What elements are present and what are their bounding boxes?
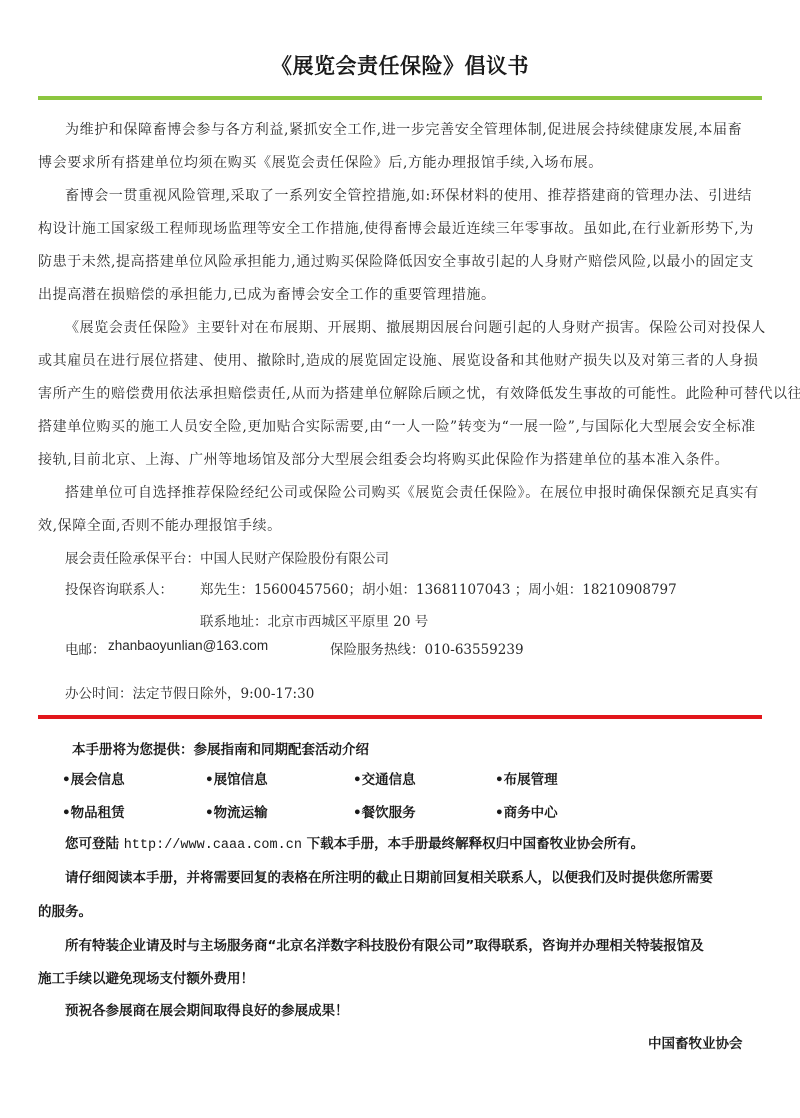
paragraph-2-line-3: 防患于未然,提高搭建单位风险承担能力,通过购买保险降低因安全事故引起的人身财产赔… <box>38 251 754 271</box>
handbook-item-logistics: •物流运输 <box>205 801 268 821</box>
email-label: 电邮： <box>65 638 106 658</box>
office-hours: 办公时间：法定节假日除外，9:00-17:30 <box>65 682 314 702</box>
paragraph-3-line-3: 害所产生的赔偿费用依法承担赔偿责任,从而为搭建单位解除后顾之忧，有效降低发生事故… <box>38 383 800 403</box>
consult-label: 投保咨询联系人： <box>65 578 173 598</box>
handbook-item-catering: •餐饮服务 <box>353 801 416 821</box>
paragraph-3-line-5: 接轨,目前北京、上海、广州等地场馆及部分大型展会组委会均将购买此保险作为搭建单位… <box>38 449 729 469</box>
contact-address: 联系地址：北京市西城区平原里 20 号 <box>200 610 428 630</box>
special-notice-line-2: 施工手续以避免现场支付额外费用！ <box>38 967 254 987</box>
read-notice-line-1: 请仔细阅读本手册，并将需要回复的表格在所注明的截止日期前回复相关联系人，以便我们… <box>65 866 713 886</box>
paragraph-4-line-1: 搭建单位可自选择推荐保险经纪公司或保险公司购买《展览会责任保险》。在展位申报时确… <box>65 482 759 502</box>
download-url-link[interactable]: http://www.caaa.com.cn <box>124 838 302 853</box>
paragraph-2-line-1: 畜博会一贯重视风险管理,采取了一系列安全管控措施,如:环保材料的使用、推荐搭建商… <box>65 185 752 205</box>
paragraph-1-line-1: 为维护和保障畜博会参与各方利益,紧抓安全工作,进一步完善安全管理体制,促进展会持… <box>65 119 742 139</box>
paragraph-3-line-4: 搭建单位购买的施工人员安全险,更加贴合实际需要,由“一人一险”转变为“一展一险”… <box>38 416 756 436</box>
document-title: 《展览会责任保险》倡议书 <box>0 50 800 80</box>
read-notice-line-2: 的服务。 <box>38 900 92 920</box>
download-suffix: 下载本手册，本手册最终解释权归中国畜牧业协会所有。 <box>302 836 644 852</box>
handbook-item-exhibition-info: •展会信息 <box>62 768 125 788</box>
paragraph-2-line-2: 构设计施工国家级工程师现场监理等安全工作措施,使得畜博会最近连续三年零事故。虽如… <box>38 218 754 238</box>
paragraph-4-line-2: 效,保障全面,否则不能办理报馆手续。 <box>38 515 282 535</box>
paragraph-3-line-1: 《展览会责任保险》主要针对在布展期、开展期、撤展期因展台问题引起的人身财产损害。… <box>65 317 766 337</box>
red-divider <box>38 715 762 719</box>
special-notice-line-1: 所有特装企业请及时与主场服务商“北京名洋数字科技股份有限公司”取得联系，咨询并办… <box>65 934 704 954</box>
handbook-item-rental: •物品租赁 <box>62 801 125 821</box>
handbook-item-traffic-info: •交通信息 <box>353 768 416 788</box>
download-line: 您可登陆 http://www.caaa.com.cn 下载本手册，本手册最终解… <box>65 832 644 853</box>
email-link[interactable]: zhanbaoyunlian@163.com <box>108 638 268 653</box>
consult-contacts: 郑先生：15600457560；胡小姐：13681107043 ；周小姐：182… <box>200 578 677 598</box>
paragraph-2-line-4: 出提高潜在损赔偿的承担能力,已成为畜博会安全工作的重要管理措施。 <box>38 284 496 304</box>
green-divider <box>38 96 762 100</box>
wish-line: 预祝各参展商在展会期间取得良好的参展成果！ <box>65 999 349 1019</box>
handbook-intro: 本手册将为您提供：参展指南和同期配套活动介绍 <box>72 738 369 758</box>
handbook-item-business-center: •商务中心 <box>495 801 558 821</box>
paragraph-3-line-2: 或其雇员在进行展位搭建、使用、撤除时,造成的展览固定设施、展览设备和其他财产损失… <box>38 350 758 370</box>
paragraph-1-line-2: 博会要求所有搭建单位均须在购买《展览会责任保险》后,方能办理报馆手续,入场布展。 <box>38 152 603 172</box>
insurance-platform: 展会责任险承保平台：中国人民财产保险股份有限公司 <box>65 547 389 567</box>
signature: 中国畜牧业协会 <box>648 1032 743 1052</box>
service-hotline: 保险服务热线：010-63559239 <box>330 638 524 658</box>
download-prefix: 您可登陆 <box>65 836 124 852</box>
handbook-item-venue-info: •展馆信息 <box>205 768 268 788</box>
handbook-item-setup-management: •布展管理 <box>495 768 558 788</box>
